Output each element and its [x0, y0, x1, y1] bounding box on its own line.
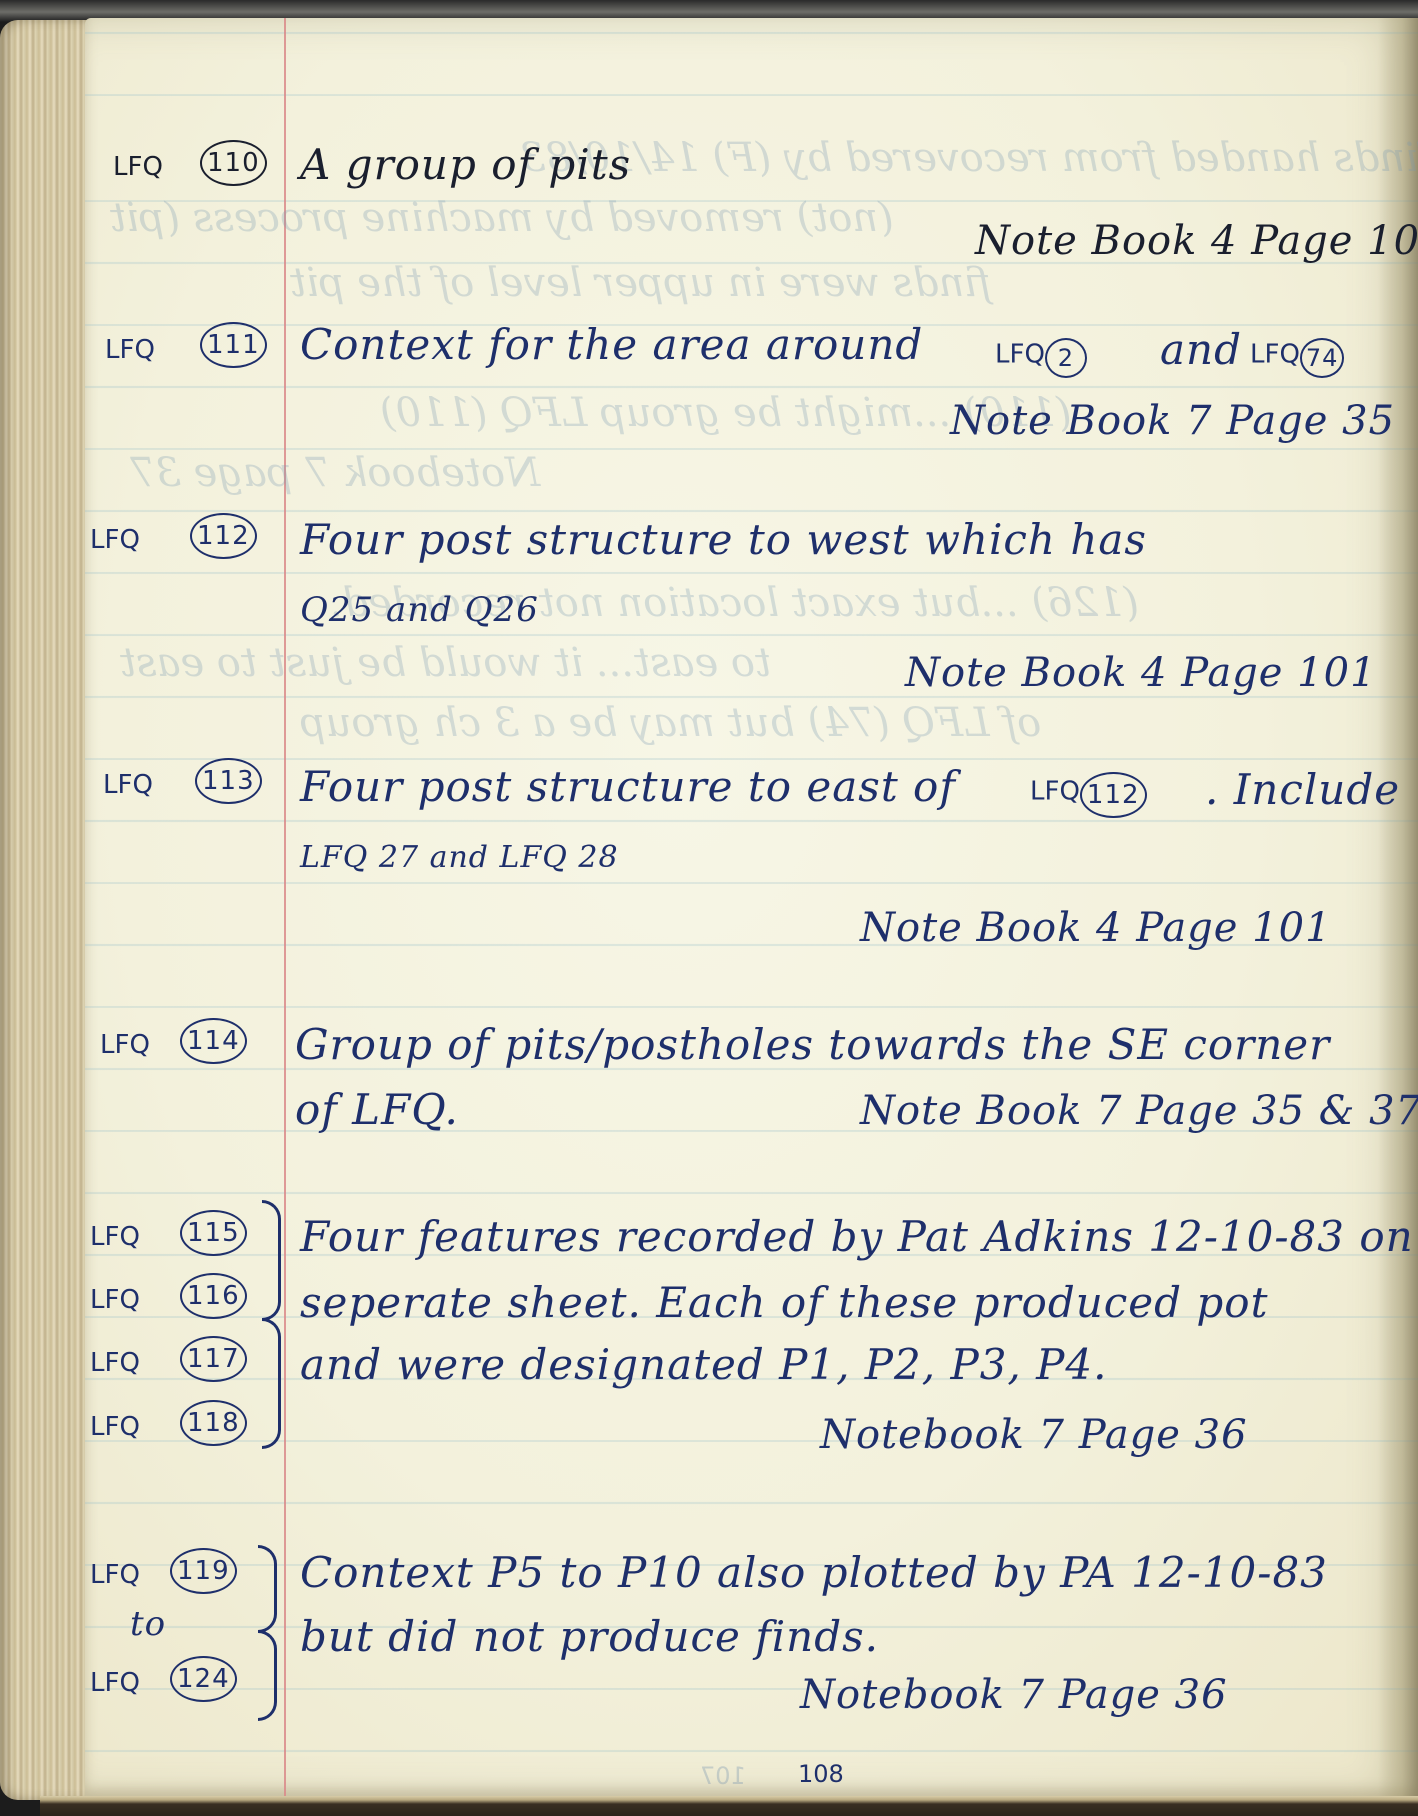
entry-description: LFQ 27 and LFQ 28	[300, 840, 619, 875]
entry-description: and were designated P1, P2, P3, P4.	[300, 1340, 1107, 1389]
entry-number-circle: 124	[170, 1656, 237, 1702]
entry-label: LFQ	[90, 1348, 140, 1378]
grouping-brace	[258, 1630, 277, 1721]
entry-description: Context for the area around	[300, 320, 923, 369]
entry-number-circle: 112	[190, 513, 257, 559]
notebook-reference: Notebook 7 Page 36	[800, 1672, 1228, 1718]
red-margin-line	[284, 18, 286, 1798]
entry-label: LFQ	[90, 1560, 140, 1590]
entry-label: LFQ	[100, 1030, 150, 1060]
page-curl-shadow	[1378, 18, 1418, 1798]
grouping-brace	[262, 1200, 281, 1321]
notebook-reference: Notebook 7 Page 36	[820, 1412, 1248, 1458]
show-through-page-number: 107	[700, 1762, 746, 1790]
notebook-reference: Note Book 4 Page 101	[905, 650, 1377, 696]
entry-number-circle: 114	[180, 1018, 247, 1064]
entry-number-circle: 111	[200, 322, 267, 368]
entry-description: seperate sheet. Each of these produced p…	[300, 1278, 1268, 1327]
entry-number-circle: 113	[195, 758, 262, 804]
entry-number-circle: 115	[180, 1210, 247, 1256]
notebook-reference: Note Book 7 Page 35	[950, 398, 1395, 444]
entry-label: LFQ	[90, 1285, 140, 1315]
book-page-edges	[0, 20, 95, 1800]
inline-ref-circle: 112	[1080, 772, 1147, 818]
entry-number-circle: 117	[180, 1336, 247, 1382]
notebook-reference: Note Book 7 Page 35 & 37	[860, 1088, 1418, 1134]
page-number: 108	[798, 1760, 844, 1788]
inline-ref-label: LFQ	[1250, 340, 1300, 370]
entry-description: . Include	[1205, 765, 1400, 814]
entry-description: A group of pits	[300, 140, 631, 189]
entry-description: Q25 and Q26	[300, 590, 539, 630]
entry-label: LFQ	[103, 770, 153, 800]
entry-label: LFQ	[90, 1668, 140, 1698]
scanned-notebook-page: (125) Finds handed from recovered by (F)…	[0, 0, 1418, 1816]
entry-description: Four post structure to east of	[300, 762, 956, 811]
grouping-brace	[262, 1318, 281, 1449]
inline-ref-joiner: and	[1160, 325, 1242, 374]
notebook-reference: Note Book 4 Page 101	[860, 905, 1332, 951]
entry-number-circle: 119	[170, 1548, 237, 1594]
notebook-reference: Note Book 4 Page 106	[975, 218, 1418, 264]
entry-label: LFQ	[90, 1412, 140, 1442]
entry-label: LFQ	[90, 525, 140, 555]
book-bottom-edge	[40, 1796, 1418, 1816]
entry-number-circle: 116	[180, 1273, 247, 1319]
inline-ref-label: LFQ	[1030, 777, 1080, 807]
entry-description: Four features recorded by Pat Adkins 12-…	[300, 1212, 1414, 1261]
entry-description: Four post structure to west which has	[300, 515, 1147, 564]
range-joiner: to	[130, 1604, 166, 1644]
entry-description: of LFQ.	[295, 1085, 459, 1134]
entry-label: LFQ	[113, 152, 163, 182]
entry-description: but did not produce finds.	[300, 1612, 879, 1661]
entry-label: LFQ	[90, 1222, 140, 1252]
inline-ref-circle: 74	[1300, 338, 1345, 378]
entry-description: Group of pits/postholes towards the SE c…	[295, 1020, 1330, 1069]
entry-number-circle: 110	[200, 140, 267, 186]
entry-description: Context P5 to P10 also plotted by PA 12-…	[300, 1548, 1328, 1597]
grouping-brace	[258, 1545, 277, 1633]
inline-ref-circle: 2	[1045, 338, 1087, 378]
inline-ref-label: LFQ	[995, 340, 1045, 370]
entry-label: LFQ	[105, 335, 155, 365]
entry-number-circle: 118	[180, 1400, 247, 1446]
